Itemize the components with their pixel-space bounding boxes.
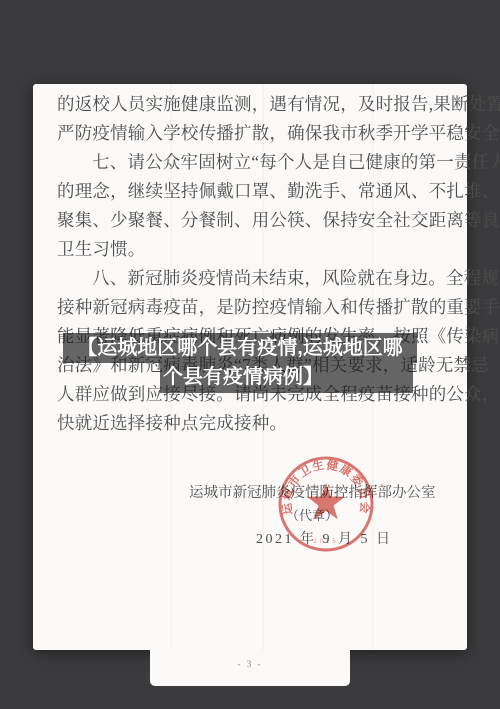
document-line: 快就近选择接种点完成接种。 — [57, 409, 449, 438]
document-page-bottom-edge: - 3 - — [150, 648, 350, 686]
official-red-seal: 运城市卫生健康委员会 2015 — [266, 446, 386, 566]
document-line: 的理念，继续坚持佩戴口罩、勤洗手、常通风、不扎堆、不 — [57, 177, 449, 206]
document-line: 七、请公众牢固树立“每个人是自己健康的第一责任人” — [57, 148, 449, 177]
seal-serial: 2015 — [313, 539, 338, 545]
page-number: - 3 - — [150, 648, 350, 669]
document-line: 聚集、少聚餐、分餐制、用公筷、保持安全社交距离等良好 — [57, 206, 449, 235]
seal-star-icon — [307, 483, 345, 519]
watermark-title-line1: 【运城地区哪个县有疫情,运城地区哪 — [63, 333, 417, 363]
photo-frame: - 3 - 的返校人员实施健康监测，遇有情况，及时报告,果断处置， 严防疫情输入… — [0, 0, 500, 709]
document-line: 接种新冠病毒疫苗，是防控疫情输入和传播扩散的重要手段， — [57, 293, 449, 322]
document-line: 卫生习惯。 — [57, 235, 449, 264]
document-line: 八、新冠肺炎疫情尚未结束，风险就在身边。全程规范 — [57, 264, 449, 293]
document-line: 严防疫情输入学校传播扩散，确保我市秋季开学平稳安全。 — [57, 119, 449, 148]
document-line: 的返校人员实施健康监测，遇有情况，及时报告,果断处置， — [57, 90, 449, 119]
watermark-title-line2: 个县有疫情病例】 — [160, 363, 413, 393]
